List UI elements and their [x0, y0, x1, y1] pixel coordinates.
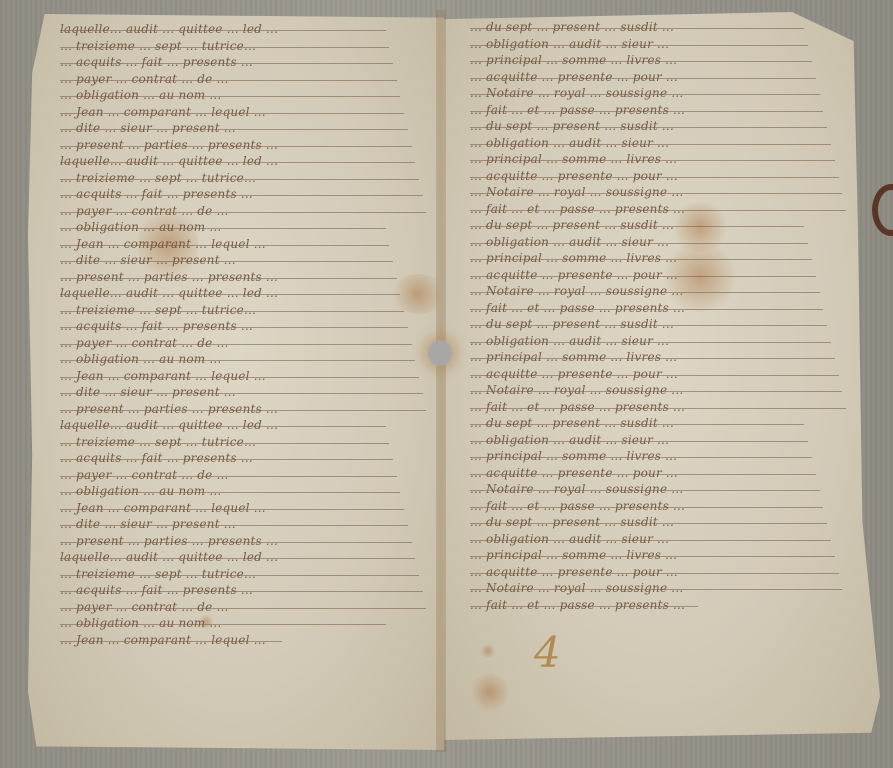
manuscript-line: ... payer ... contrat ... de ...	[60, 600, 426, 617]
manuscript-line: ... du sept ... present ... susdit ...	[470, 20, 804, 37]
ink-spot	[480, 644, 496, 658]
manuscript-line: ... obligation ... audit ... sieur ...	[470, 37, 808, 54]
manuscript-line: laquelle... audit ... quittee ... led ..…	[60, 418, 386, 435]
right-page-text: ... du sept ... present ... susdit .....…	[470, 20, 850, 614]
manuscript-line: ... payer ... contrat ... de ...	[60, 204, 426, 221]
manuscript-line: ... Jean ... comparant ... lequel ...	[60, 501, 404, 518]
manuscript-line: ... dite ... sieur ... present ...	[60, 253, 393, 270]
manuscript-line: ... Notaire ... royal ... soussigne ...	[470, 581, 842, 598]
manuscript-line: ... fait ... et ... passe ... presents .…	[470, 103, 823, 120]
manuscript-line: ... obligation ... au nom ...	[60, 88, 400, 105]
binding-hole	[428, 340, 452, 366]
manuscript-line: ... obligation ... au nom ...	[60, 616, 386, 633]
manuscript-line: ... obligation ... au nom ...	[60, 220, 386, 237]
manuscript-line: ... fait ... et ... passe ... presents .…	[470, 400, 846, 417]
manuscript-line: laquelle... audit ... quittee ... led ..…	[60, 22, 386, 39]
left-page-text: laquelle... audit ... quittee ... led ..…	[60, 22, 430, 649]
manuscript-line: ... acquitte ... presente ... pour ...	[470, 169, 839, 186]
manuscript-line: ... acquitte ... presente ... pour ...	[470, 565, 839, 582]
manuscript-line: ... acquits ... fait ... presents ...	[60, 55, 393, 72]
manuscript-line: ... acquitte ... presente ... pour ...	[470, 367, 839, 384]
manuscript-line: ... du sept ... present ... susdit ...	[470, 119, 827, 136]
manuscript-line: ... Jean ... comparant ... lequel ...	[60, 369, 419, 386]
manuscript-line: ... obligation ... au nom ...	[60, 484, 400, 501]
manuscript-line: ... treizieme ... sept ... tutrice...	[60, 171, 419, 188]
manuscript-line: ... present ... parties ... presents ...	[60, 534, 412, 551]
manuscript-line: ... payer ... contrat ... de ...	[60, 72, 397, 89]
manuscript-line: ... fait ... et ... passe ... presents .…	[470, 301, 823, 318]
manuscript-line: ... obligation ... audit ... sieur ...	[470, 334, 831, 351]
manuscript-line: ... present ... parties ... presents ...	[60, 138, 412, 155]
manuscript-line: ... principal ... somme ... livres ...	[470, 53, 812, 70]
manuscript-line: ... acquits ... fait ... presents ...	[60, 451, 393, 468]
manuscript-line: ... du sept ... present ... susdit ...	[470, 515, 827, 532]
manuscript-line: ... obligation ... audit ... sieur ...	[470, 136, 831, 153]
manuscript-line: ... Notaire ... royal ... soussigne ...	[470, 185, 842, 202]
page-fold	[436, 10, 446, 752]
manuscript-line: ... obligation ... audit ... sieur ...	[470, 235, 808, 252]
manuscript-line: ... fait ... et ... passe ... presents .…	[470, 499, 823, 516]
manuscript-line: laquelle... audit ... quittee ... led ..…	[60, 550, 415, 567]
folio-number: 4	[534, 628, 561, 677]
manuscript-line: ... Notaire ... royal ... soussigne ...	[470, 86, 820, 103]
manuscript-line: laquelle... audit ... quittee ... led ..…	[60, 286, 400, 303]
manuscript-line: ... Notaire ... royal ... soussigne ...	[470, 482, 820, 499]
manuscript-line: ... principal ... somme ... livres ...	[470, 251, 812, 268]
manuscript-line: ... acquitte ... presente ... pour ...	[470, 70, 816, 87]
manuscript-line: ... treizieme ... sept ... tutrice...	[60, 567, 419, 584]
manuscript-line: ... dite ... sieur ... present ...	[60, 121, 408, 138]
manuscript-line: ... du sept ... present ... susdit ...	[470, 416, 804, 433]
manuscript-line: ... principal ... somme ... livres ...	[470, 152, 835, 169]
manuscript-line: ... acquits ... fait ... presents ...	[60, 187, 423, 204]
right-page: ... du sept ... present ... susdit .....…	[440, 12, 880, 740]
manuscript-line: ... fait ... et ... passe ... presents .…	[470, 598, 698, 615]
manuscript-line: ... treizieme ... sept ... tutrice...	[60, 303, 404, 320]
manuscript-line: ... principal ... somme ... livres ...	[470, 449, 812, 466]
manuscript-line: ... fait ... et ... passe ... presents .…	[470, 202, 846, 219]
manuscript-line: ... obligation ... audit ... sieur ...	[470, 532, 831, 549]
manuscript-line: laquelle... audit ... quittee ... led ..…	[60, 154, 415, 171]
manuscript-line: ... acquits ... fait ... presents ...	[60, 583, 423, 600]
manuscript-line: ... acquitte ... presente ... pour ...	[470, 466, 816, 483]
manuscript-line: ... treizieme ... sept ... tutrice...	[60, 39, 389, 56]
manuscript-line: ... obligation ... au nom ...	[60, 352, 415, 369]
manuscript-line: ... principal ... somme ... livres ...	[470, 548, 835, 565]
manuscript-line: ... du sept ... present ... susdit ...	[470, 218, 804, 235]
manuscript-line: ... Notaire ... royal ... soussigne ...	[470, 383, 842, 400]
manuscript-line: ... acquits ... fait ... presents ...	[60, 319, 408, 336]
manuscript-line: ... acquitte ... presente ... pour ...	[470, 268, 816, 285]
manuscript-line: ... present ... parties ... presents ...	[60, 402, 426, 419]
water-stain	[470, 672, 510, 712]
manuscript-line: ... Jean ... comparant ... lequel ...	[60, 633, 282, 650]
left-page: laquelle... audit ... quittee ... led ..…	[28, 14, 444, 750]
manuscript-line: ... obligation ... audit ... sieur ...	[470, 433, 808, 450]
manuscript-line: ... payer ... contrat ... de ...	[60, 468, 397, 485]
manuscript-line: ... present ... parties ... presents ...	[60, 270, 397, 287]
manuscript-line: ... dite ... sieur ... present ...	[60, 517, 408, 534]
manuscript-line: ... du sept ... present ... susdit ...	[470, 317, 827, 334]
manuscript-line: ... treizieme ... sept ... tutrice...	[60, 435, 389, 452]
manuscript-line: ... payer ... contrat ... de ...	[60, 336, 412, 353]
manuscript-line: ... Jean ... comparant ... lequel ...	[60, 237, 389, 254]
manuscript-line: ... Jean ... comparant ... lequel ...	[60, 105, 404, 122]
manuscript-line: ... principal ... somme ... livres ...	[470, 350, 835, 367]
manuscript-line: ... Notaire ... royal ... soussigne ...	[470, 284, 820, 301]
manuscript-line: ... dite ... sieur ... present ...	[60, 385, 423, 402]
